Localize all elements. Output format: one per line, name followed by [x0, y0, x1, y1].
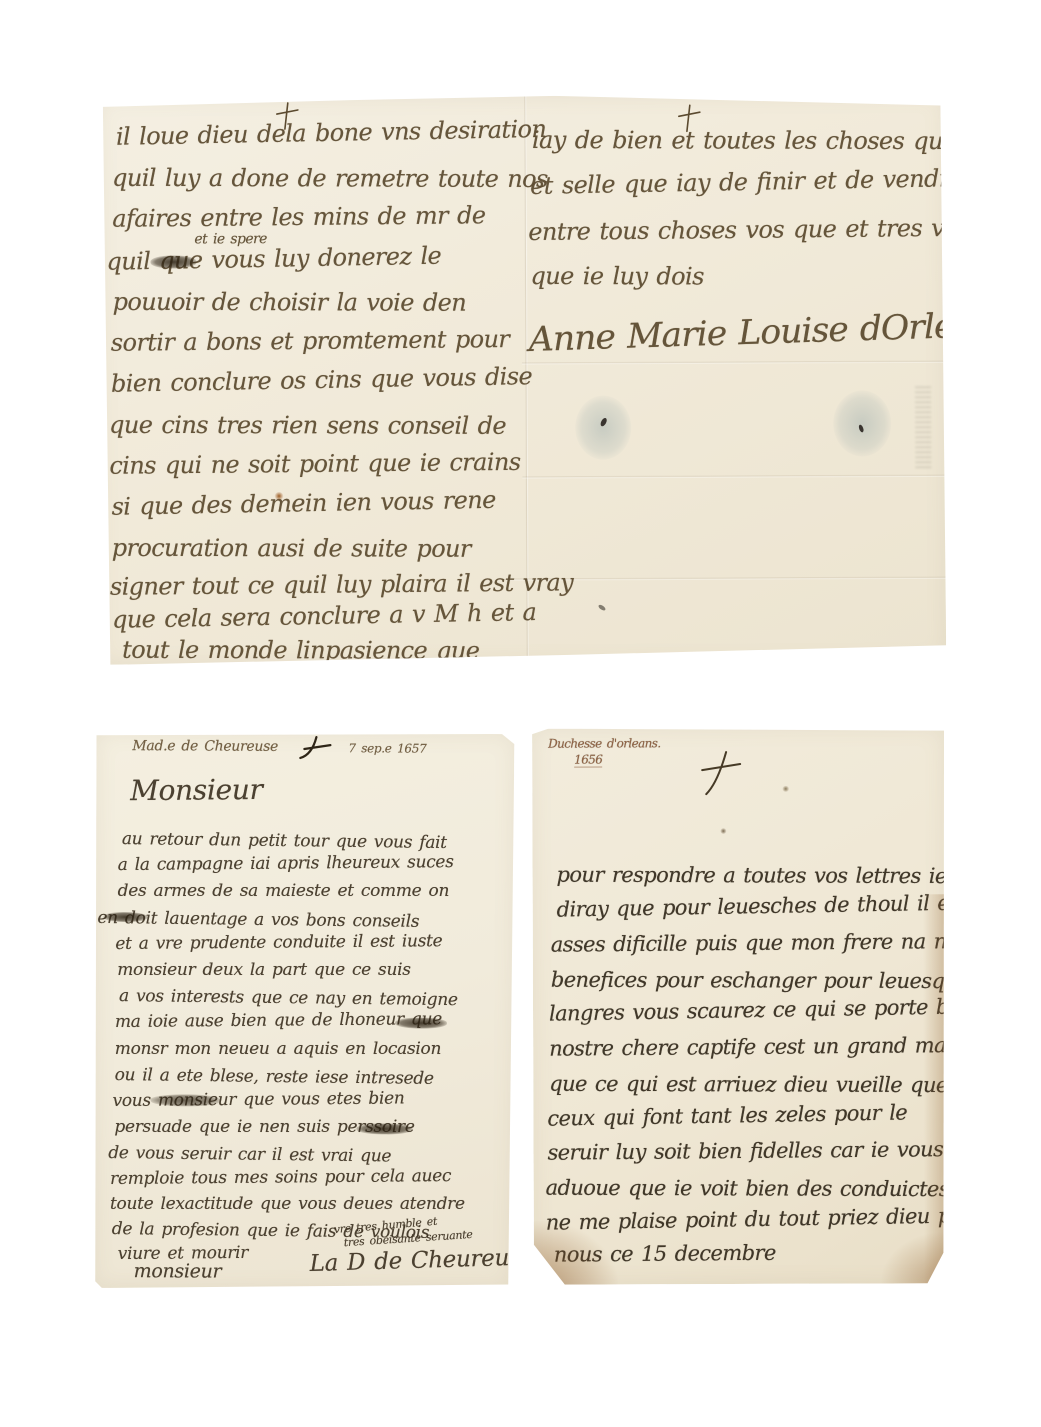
- signature-anne-marie-louise: Anne Marie Louise dOrleans: [529, 304, 1013, 360]
- handwritten-line: asses dificille puis que mon frere na nu…: [551, 929, 984, 957]
- handwritten-line: quil luy a done de remetre toute nos: [112, 164, 548, 193]
- handwritten-line: que ie luy dois: [531, 262, 704, 290]
- seal-stain: [833, 390, 891, 456]
- ink-speck: [598, 604, 607, 612]
- handwritten-line: nous ce 15 decembre: [554, 1241, 776, 1267]
- ink-scribble: [356, 1123, 412, 1134]
- foxing-spot: [274, 492, 283, 500]
- handwritten-line: ceux qui font tant les zeles pour le: [547, 1100, 907, 1130]
- handwritten-line: aduoue que ie voit bien des conduictes q…: [546, 1176, 989, 1202]
- handwritten-line: et a vre prudente conduite il est iuste: [115, 931, 442, 954]
- ink-scribble: [395, 1017, 447, 1028]
- signature-chevreuse: La D de Cheureuse: [309, 1244, 534, 1277]
- letter-bifolium-anne-marie-louise: il loue dieu dela bone vns desiration qu…: [98, 94, 946, 665]
- handwritten-line: si que des demein ien vous rene: [111, 486, 496, 521]
- handwritten-line: et selle que iay de finir et de vendre e…: [530, 163, 995, 200]
- letter-madame-de-chevreuse: Mad.e de Cheureuse 7 sep.e 1657 Monsieur…: [94, 732, 515, 1290]
- handwritten-line: pouuoir de choisir la voie den: [113, 288, 466, 317]
- letter-duchesse-dorleans: Duchesse d'orleans. 1656 pour respondre …: [532, 727, 946, 1284]
- bifolium-left-page: il loue dieu dela bone vns desiration qu…: [98, 96, 523, 665]
- handwritten-line: procuration ausi de suite pour: [112, 534, 471, 563]
- handwritten-line: de vous seruir car il est vrai que: [108, 1143, 391, 1166]
- handwritten-line: bien conclure os cins que vous dise: [111, 362, 533, 398]
- cross-mark-icon: [294, 735, 334, 761]
- handwritten-line: seruir luy soit bien fidelles car ie vou…: [547, 1137, 943, 1164]
- annotation-year: 1656: [574, 752, 602, 767]
- handwritten-line: en doit lauentage a vos bons conseils: [97, 908, 419, 932]
- salutation: Monsieur: [130, 773, 263, 807]
- ink-scribble: [150, 1094, 220, 1106]
- handwritten-line: que cins tres rien sens conseil de: [109, 411, 506, 440]
- ink-scribble: [150, 255, 196, 268]
- foxing-spot: [720, 828, 726, 834]
- ink-scribble: [103, 912, 147, 922]
- handwritten-line: afaires entre les mins de mr de: [112, 201, 485, 233]
- handwritten-line: langres vous scaurez ce qui se porte bie…: [549, 993, 1041, 1026]
- handwritten-line: que ce qui est arriuez dieu vueille que: [549, 1072, 948, 1097]
- handwritten-line: diray que pour leuesches de thoul il est: [556, 890, 967, 921]
- handwritten-line: que cela sera conclure a v M h et a: [112, 598, 537, 634]
- handwritten-line: ma ioie ause bien que de lhoneur que: [115, 1009, 442, 1032]
- handwritten-line: a vos interests que ce nay en temoigne: [119, 986, 458, 1010]
- seal-stain: [575, 396, 631, 460]
- handwritten-line: a la campagne iai apris lheureux suces: [118, 852, 454, 875]
- handwritten-line: cins qui ne soit point que ie crains: [109, 448, 520, 480]
- handwritten-line: remploie tous mes soins pour cela auec: [110, 1166, 451, 1189]
- archivist-annotation: Mad.e de Cheureuse: [132, 738, 278, 755]
- handwritten-line: benefices pour eschanger pour leuesque d…: [551, 968, 1002, 994]
- foxing-spot: [782, 786, 789, 792]
- handwritten-line: ou il a ete blese, reste iese intresede: [115, 1065, 434, 1089]
- bifolium-right-page: iay de bien et toutes les choses quelle …: [524, 94, 946, 663]
- handwritten-line: des armes de sa maieste et comme on: [118, 881, 449, 901]
- handwritten-line: tout le monde linpasience que: [122, 636, 479, 665]
- handwritten-line: il loue dieu dela bone vns desiration: [116, 115, 547, 151]
- handwritten-line: entre tous choses vos que et tres vous: [529, 214, 985, 246]
- salutation-bottom: monsieur: [134, 1260, 222, 1282]
- handwritten-line: nostre chere captife cest un grand malhe…: [549, 1033, 999, 1061]
- archivist-annotation: Duchesse d'orleans.: [548, 736, 661, 750]
- handwritten-line: monsr mon neueu a aquis en locasion: [115, 1039, 441, 1059]
- manuscript-photo: il loue dieu dela bone vns desiration qu…: [0, 0, 1041, 1427]
- cross-mark-icon: [696, 748, 744, 798]
- browned-corner: [880, 1231, 950, 1287]
- handwritten-line: toute lexactitude que vous deues atendre: [110, 1194, 465, 1214]
- handwritten-line: au retour dun petit tour que vous fait: [122, 829, 447, 853]
- handwritten-line: monsieur deux la part que ce suis: [117, 960, 410, 980]
- handwritten-line: sortir a bons et promtement pour: [111, 325, 510, 357]
- faint-edge-docket: [915, 384, 931, 468]
- handwritten-line: ne me plaise point du tout priez dieu po…: [546, 1203, 986, 1235]
- annotation-date: 7 sep.e 1657: [348, 741, 426, 755]
- handwritten-line: signer tout ce quil luy plaira il est vr…: [110, 568, 573, 600]
- handwritten-line: iay de bien et toutes les choses quelle …: [532, 126, 1041, 155]
- handwritten-line: pour respondre a toutes vos lettres ie v…: [556, 863, 1001, 889]
